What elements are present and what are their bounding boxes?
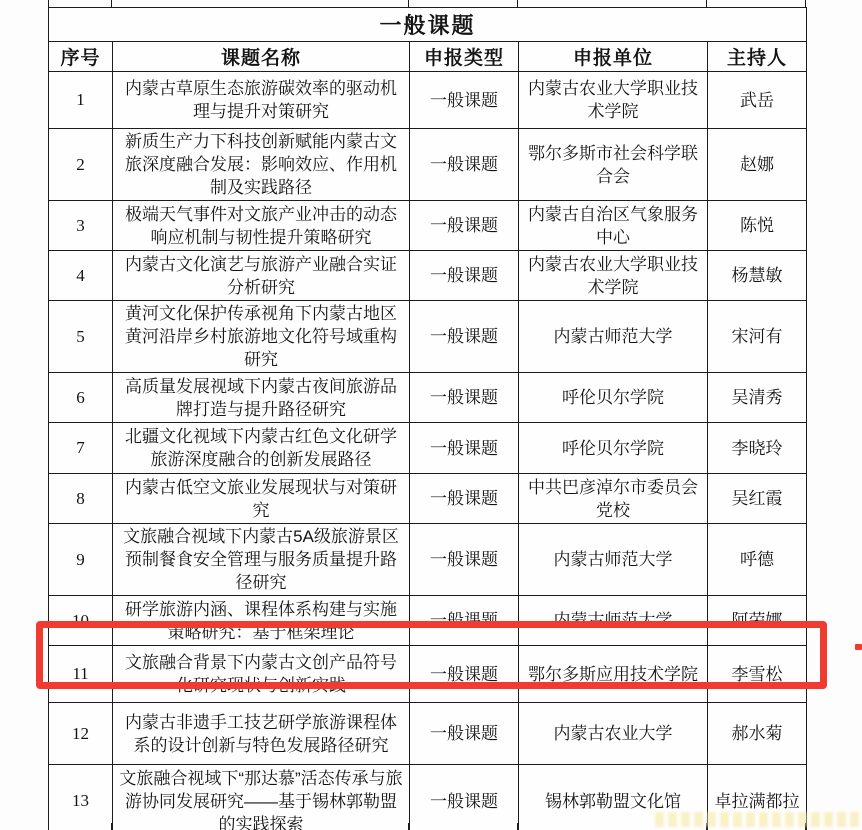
- topic-title: 高质量发展视域下内蒙古夜间旅游品牌打造与提升路径研究: [113, 373, 410, 423]
- row-number: 7: [49, 423, 113, 474]
- topic-title: 新质生产力下科技创新赋能内蒙古文旅深度融合发展：影响效应、作用机制及实践路径: [113, 129, 410, 201]
- col-header-leader: 主持人: [708, 42, 807, 72]
- application-type: 一般课题: [410, 596, 519, 646]
- clipped-cell: [112, 0, 409, 7]
- topic-title: 文旅融合视域下内蒙古5A级旅游景区预制餐食安全管理与服务质量提升路径研究: [113, 524, 410, 596]
- leader-name: 卓拉满都拉: [708, 765, 807, 830]
- application-type: 一般课题: [410, 703, 519, 765]
- application-type: 一般课题: [410, 301, 519, 373]
- table-row: 5 黄河文化保护传承视角下内蒙古地区黄河沿岸乡村旅游地文化符号域重构研究 一般课…: [49, 301, 807, 373]
- table-row: 2 新质生产力下科技创新赋能内蒙古文旅深度融合发展：影响效应、作用机制及实践路径…: [49, 129, 807, 201]
- clipped-cell: [707, 823, 806, 830]
- applicant-org: 鄂尔多斯应用技术学院: [519, 646, 708, 703]
- clipped-cell: [48, 823, 112, 830]
- leader-name: 阿荣娜: [708, 596, 807, 646]
- table-row: 11 文旅融合背景下内蒙古文创产品符号化研究现状与创新实践 一般课题 鄂尔多斯应…: [49, 646, 807, 703]
- leader-name: 郝水菊: [708, 703, 807, 765]
- row-number: 11: [49, 646, 113, 703]
- applicant-org: 内蒙古农业大学职业技术学院: [519, 251, 708, 301]
- application-type: 一般课题: [410, 201, 519, 251]
- clipped-cell: [518, 0, 707, 7]
- row-number: 6: [49, 373, 113, 423]
- header-row: 序号 课题名称 申报类型 申报单位 主持人: [49, 42, 807, 72]
- section-title-row: 一般课题: [49, 8, 807, 42]
- topic-title: 极端天气事件对文旅产业冲击的动态响应机制与韧性提升策略研究: [113, 201, 410, 251]
- leader-name: 宋河有: [708, 301, 807, 373]
- topic-title: 内蒙古低空文旅业发展现状与对策研究: [113, 474, 410, 524]
- table-row: 6 高质量发展视域下内蒙古夜间旅游品牌打造与提升路径研究 一般课题 呼伦贝尔学院…: [49, 373, 807, 423]
- topics-table: 一般课题 序号 课题名称 申报类型 申报单位 主持人 1 内蒙古草原生态旅游碳效…: [48, 7, 807, 830]
- clipped-cell: [409, 823, 518, 830]
- leader-name: 李晓玲: [708, 423, 807, 474]
- row-number: 9: [49, 524, 113, 596]
- applicant-org: 呼伦贝尔学院: [519, 373, 708, 423]
- row-number: 10: [49, 596, 113, 646]
- topic-title: 内蒙古非遗手工技艺研学旅游课程体系的设计创新与特色发展路径研究: [113, 703, 410, 765]
- application-type: 一般课题: [410, 765, 519, 830]
- applicant-org: 呼伦贝尔学院: [519, 423, 708, 474]
- clipped-cell: [409, 0, 518, 7]
- application-type: 一般课题: [410, 646, 519, 703]
- topic-title: 文旅融合视域下“那达慕”活态传承与旅游协同发展研究——基于锡林郭勒盟的实践探索: [113, 765, 410, 830]
- col-header-title: 课题名称: [113, 42, 410, 72]
- applicant-org: 鄂尔多斯市社会科学联合会: [519, 129, 708, 201]
- application-type: 一般课题: [410, 129, 519, 201]
- leader-name: 杨慧敏: [708, 251, 807, 301]
- topic-title: 黄河文化保护传承视角下内蒙古地区黄河沿岸乡村旅游地文化符号域重构研究: [113, 301, 410, 373]
- applicant-org: 中共巴彦淖尔市委员会党校: [519, 474, 708, 524]
- row-number: 1: [49, 72, 113, 129]
- applicant-org: 内蒙古自治区气象服务中心: [519, 201, 708, 251]
- applicant-org: 内蒙古农业大学职业技术学院: [519, 72, 708, 129]
- table-row: 9 文旅融合视域下内蒙古5A级旅游景区预制餐食安全管理与服务质量提升路径研究 一…: [49, 524, 807, 596]
- table-row: 10 研学旅游内涵、课程体系构建与实施策略研究：基于框架理论 一般课题 内蒙古师…: [49, 596, 807, 646]
- topic-title: 内蒙古草原生态旅游碳效率的驱动机理与提升对策研究: [113, 72, 410, 129]
- col-header-org: 申报单位: [519, 42, 708, 72]
- table-row: 1 内蒙古草原生态旅游碳效率的驱动机理与提升对策研究 一般课题 内蒙古农业大学职…: [49, 72, 807, 129]
- applicant-org: 内蒙古师范大学: [519, 524, 708, 596]
- topic-title: 内蒙古文化演艺与旅游产业融合实证分析研究: [113, 251, 410, 301]
- clipped-cell: [112, 823, 409, 830]
- applicant-org: 内蒙古师范大学: [519, 301, 708, 373]
- row-number: 8: [49, 474, 113, 524]
- row-number: 5: [49, 301, 113, 373]
- leader-name: 赵娜: [708, 129, 807, 201]
- col-header-type: 申报类型: [410, 42, 519, 72]
- table-row: 12 内蒙古非遗手工技艺研学旅游课程体系的设计创新与特色发展路径研究 一般课题 …: [49, 703, 807, 765]
- table-row: 8 内蒙古低空文旅业发展现状与对策研究 一般课题 中共巴彦淖尔市委员会党校 吴红…: [49, 474, 807, 524]
- row-number: 13: [49, 765, 113, 830]
- application-type: 一般课题: [410, 72, 519, 129]
- clipped-row-bottom: [48, 823, 806, 830]
- row-number: 12: [49, 703, 113, 765]
- leader-name: 呼德: [708, 524, 807, 596]
- application-type: 一般课题: [410, 423, 519, 474]
- document-page: 一般课题 序号 课题名称 申报类型 申报单位 主持人 1 内蒙古草原生态旅游碳效…: [0, 0, 862, 830]
- application-type: 一般课题: [410, 524, 519, 596]
- leader-name: 陈悦: [708, 201, 807, 251]
- row-number: 2: [49, 129, 113, 201]
- topic-title: 文旅融合背景下内蒙古文创产品符号化研究现状与创新实践: [113, 646, 410, 703]
- leader-name: 吴红霞: [708, 474, 807, 524]
- table-row: 3 极端天气事件对文旅产业冲击的动态响应机制与韧性提升策略研究 一般课题 内蒙古…: [49, 201, 807, 251]
- applicant-org: 内蒙古师范大学: [519, 596, 708, 646]
- table-row: 4 内蒙古文化演艺与旅游产业融合实证分析研究 一般课题 内蒙古农业大学职业技术学…: [49, 251, 807, 301]
- clipped-cell: [48, 0, 112, 7]
- application-type: 一般课题: [410, 251, 519, 301]
- section-title: 一般课题: [49, 8, 807, 42]
- application-type: 一般课题: [410, 474, 519, 524]
- table-row: 7 北疆文化视域下内蒙古红色文化研学旅游深度融合的创新发展路径 一般课题 呼伦贝…: [49, 423, 807, 474]
- leader-name: 吴清秀: [708, 373, 807, 423]
- topic-title: 研学旅游内涵、课程体系构建与实施策略研究：基于框架理论: [113, 596, 410, 646]
- clipped-cell: [518, 823, 707, 830]
- applicant-org: 内蒙古农业大学: [519, 703, 708, 765]
- row-number: 3: [49, 201, 113, 251]
- col-header-no: 序号: [49, 42, 113, 72]
- row-number: 4: [49, 251, 113, 301]
- leader-name: 李雪松: [708, 646, 807, 703]
- applicant-org: 锡林郭勒盟文化馆: [519, 765, 708, 830]
- topic-title: 北疆文化视域下内蒙古红色文化研学旅游深度融合的创新发展路径: [113, 423, 410, 474]
- clipped-row-top: [48, 0, 806, 7]
- application-type: 一般课题: [410, 373, 519, 423]
- table-row: 13 文旅融合视域下“那达慕”活态传承与旅游协同发展研究——基于锡林郭勒盟的实践…: [49, 765, 807, 830]
- clipped-cell: [707, 0, 806, 7]
- red-edge-mark: [855, 644, 862, 650]
- leader-name: 武岳: [708, 72, 807, 129]
